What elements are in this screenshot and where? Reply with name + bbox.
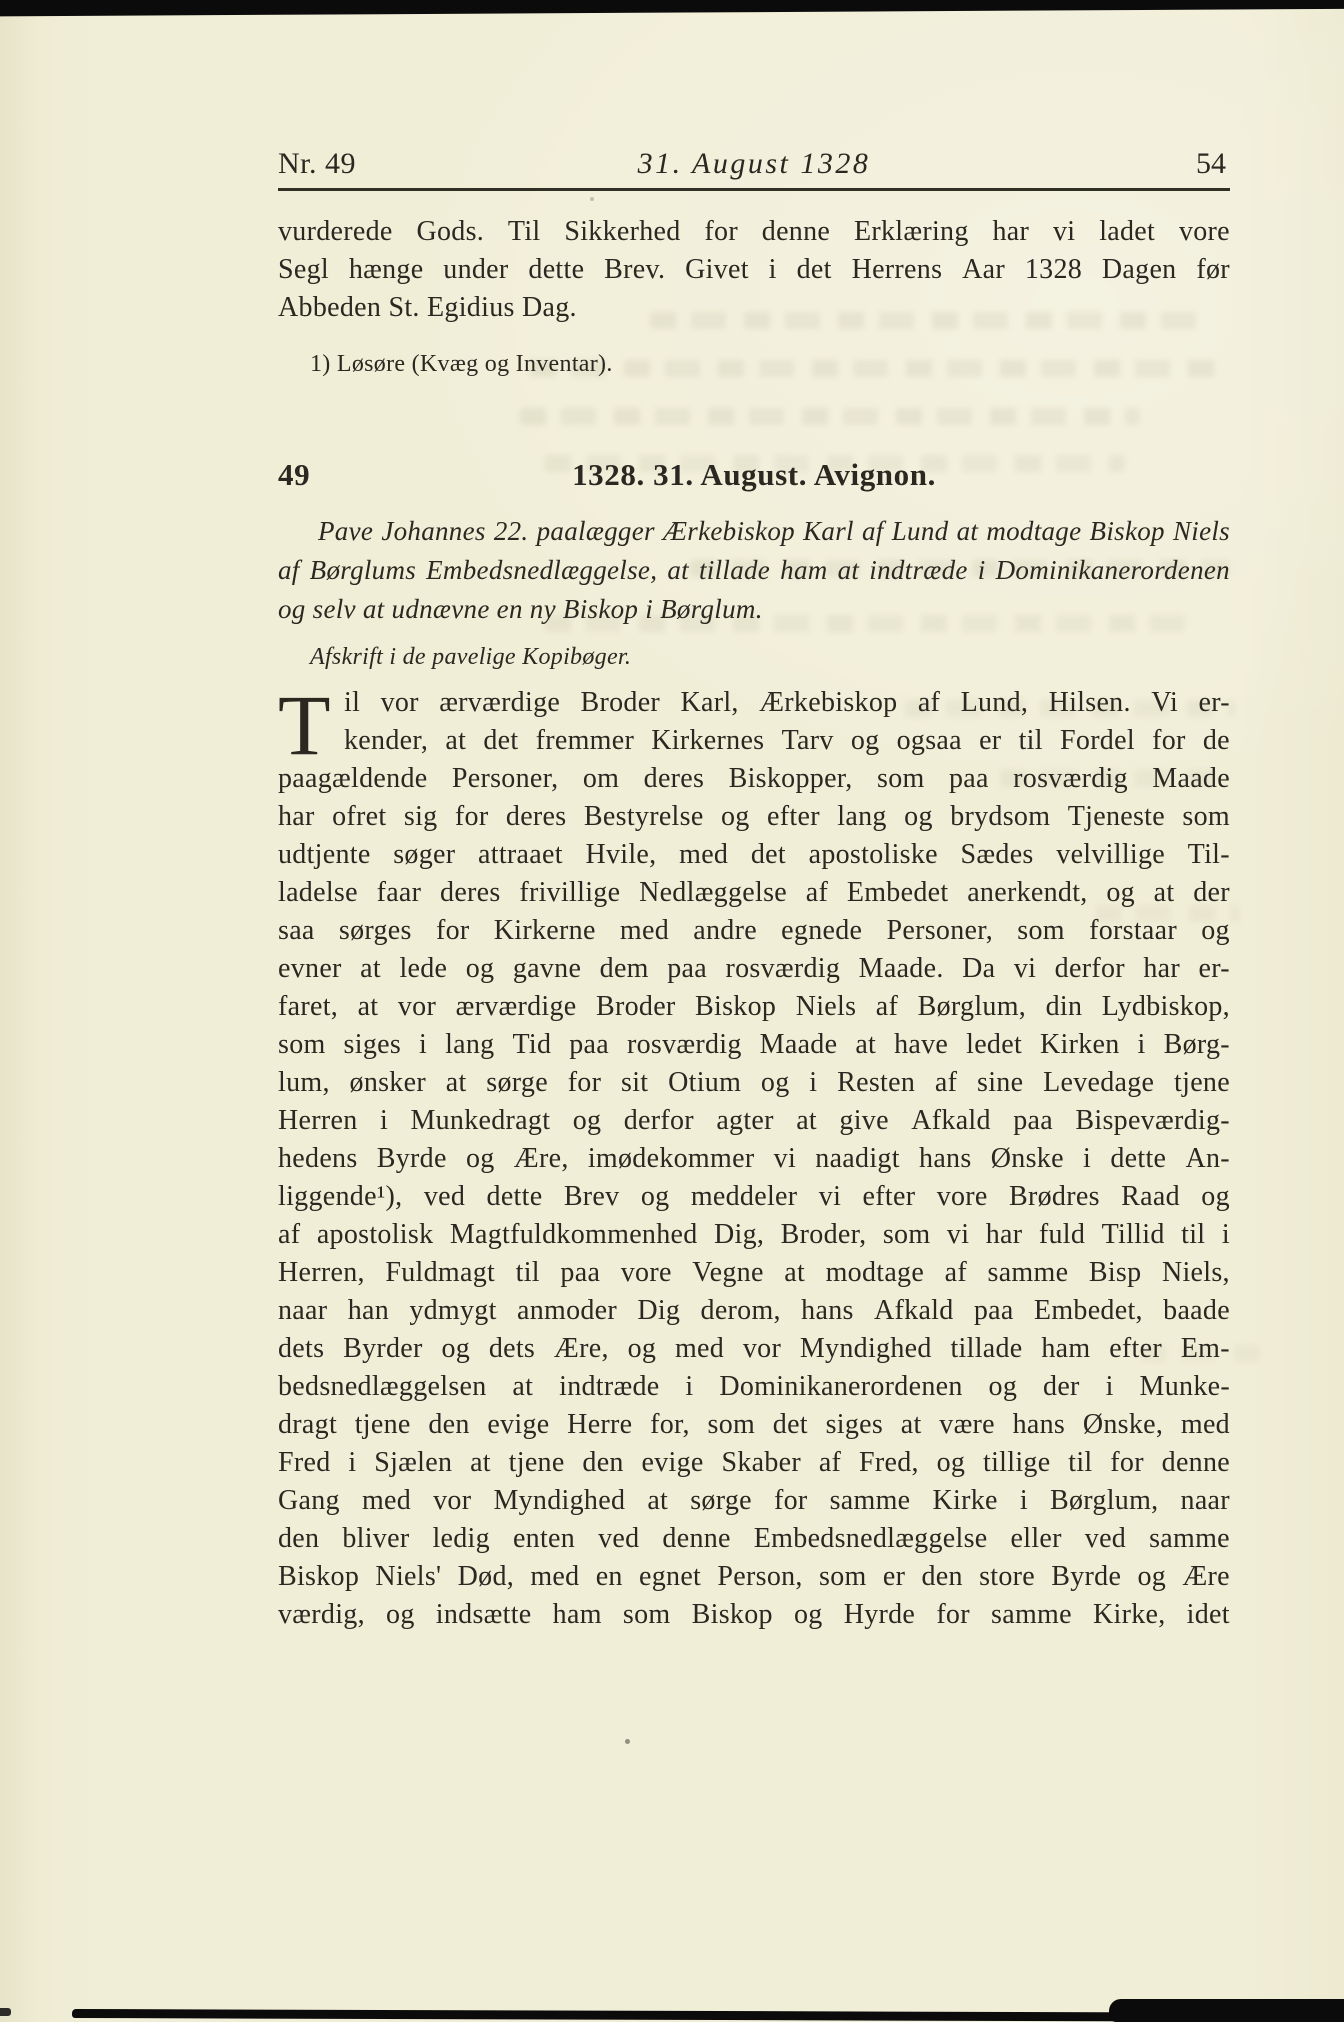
ink-speck	[590, 197, 594, 201]
text-line: liggende¹),veddetteBrevogmeddelerviefter…	[278, 1178, 1230, 1216]
scanned-book-page: Nr. 49 31. August 1328 54 vurderedeGods.…	[0, 0, 1344, 2022]
text-line: harofretsigforderesBestyrelseogefterlang…	[278, 798, 1230, 836]
text-line: BiskopNiels'Død,medenegnetPerson,somerde…	[278, 1558, 1230, 1596]
text-line: denbliverledigentenveddenneEmbedsnedlægg…	[278, 1520, 1230, 1558]
entry-heading: 49 1328. 31. August. Avignon.	[278, 457, 1230, 493]
text-line: bedsnedlæggelsenatindtrædeiDominikaneror…	[278, 1368, 1230, 1406]
source-note: Afskrift i de pavelige Kopibøger.	[310, 644, 631, 671]
entry-dateline: 1328. 31. August. Avignon.	[572, 457, 936, 492]
text-line: udtjentesøgerattraaetHvile,meddetapostol…	[278, 836, 1230, 874]
bleedthrough-ghost	[530, 360, 1220, 377]
text-line: og selv at udnævne en ny Biskop i Børglu…	[278, 590, 1230, 629]
scan-edge-bottom-corner	[1109, 1999, 1344, 2022]
scan-edge-top	[0, 0, 1344, 17]
text-line: FrediSjælenattjenedenevigeSkaberafFred,o…	[278, 1444, 1230, 1482]
text-line: PaveJohannes22.paalæggerÆrkebiskopKarlaf…	[278, 512, 1230, 551]
entry-number: 49	[278, 457, 310, 493]
text-line: Abbeden St. Egidius Dag.	[278, 289, 1230, 327]
text-line: afapostoliskMagtfuldkommenhedDig,Broder,…	[278, 1216, 1230, 1254]
text-line: afBørglumsEmbedsnedlæggelse,attilladeham…	[278, 551, 1230, 590]
page-number: 54	[1196, 147, 1226, 181]
bleedthrough-ghost	[520, 408, 1140, 425]
dropcap-initial: T	[278, 687, 331, 763]
text-line: naarhanydmygtanmoderDigderom,hansAfkaldp…	[278, 1292, 1230, 1330]
text-line: Herren,FuldmagttilpaavoreVegneatmodtagea…	[278, 1254, 1230, 1292]
text-line: ilvorærværdigeBroderKarl,ÆrkebiskopafLun…	[344, 684, 1230, 722]
text-line: HerreniMunkedragtogderforagteratgiveAfka…	[278, 1102, 1230, 1140]
header-rule	[278, 188, 1230, 191]
running-head-date: 31. August 1328	[278, 147, 1230, 181]
text-line: GangmedvorMyndighedatsørgeforsammeKirkei…	[278, 1482, 1230, 1520]
text-line: dragttjenedenevigeHerrefor,somdetsigesat…	[278, 1406, 1230, 1444]
entry-body: T ilvorærværdigeBroderKarl,ÆrkebiskopafL…	[278, 684, 1230, 1634]
footnote: 1) Løsøre (Kvæg og Inventar).	[310, 351, 613, 378]
text-line: somsigesilangTidpaarosværdigMaadeathavel…	[278, 1026, 1230, 1064]
text-line: vurderedeGods.TilSikkerhedfordenneErklær…	[278, 213, 1230, 251]
running-head: Nr. 49 31. August 1328 54	[278, 147, 1230, 183]
scan-edge-bottom-left	[0, 2008, 11, 2016]
entry-summary: PaveJohannes22.paalæggerÆrkebiskopKarlaf…	[278, 512, 1230, 629]
text-line: paagældendePersoner,omderesBiskopper,som…	[278, 760, 1230, 798]
text-line: lum,ønskeratsørgeforsitOtiumogiRestenafs…	[278, 1064, 1230, 1102]
continuation-paragraph: vurderedeGods.TilSikkerhedfordenneErklær…	[278, 213, 1230, 327]
text-line: SeglhængeunderdetteBrev.GivetidetHerrens…	[278, 251, 1230, 289]
text-line: værdig,ogindsættehamsomBiskopogHyrdefors…	[278, 1596, 1230, 1634]
text-line: hedensByrdeogÆre,imødekommervinaadigthan…	[278, 1140, 1230, 1178]
text-line: saasørgesforKirkernemedandreegnedePerson…	[278, 912, 1230, 950]
text-line: kender,atdetfremmerKirkernesTarvogogsaae…	[344, 722, 1230, 760]
text-line: faret,atvorærværdigeBroderBiskopNielsafB…	[278, 988, 1230, 1026]
ink-speck	[625, 1739, 630, 1744]
text-line: evneratledeoggavnedempaarosværdigMaade.D…	[278, 950, 1230, 988]
text-line: ladelsefaarderesfrivilligeNedlæggelseafE…	[278, 874, 1230, 912]
text-line: detsByrderogdetsÆre,ogmedvorMyndighedtil…	[278, 1330, 1230, 1368]
